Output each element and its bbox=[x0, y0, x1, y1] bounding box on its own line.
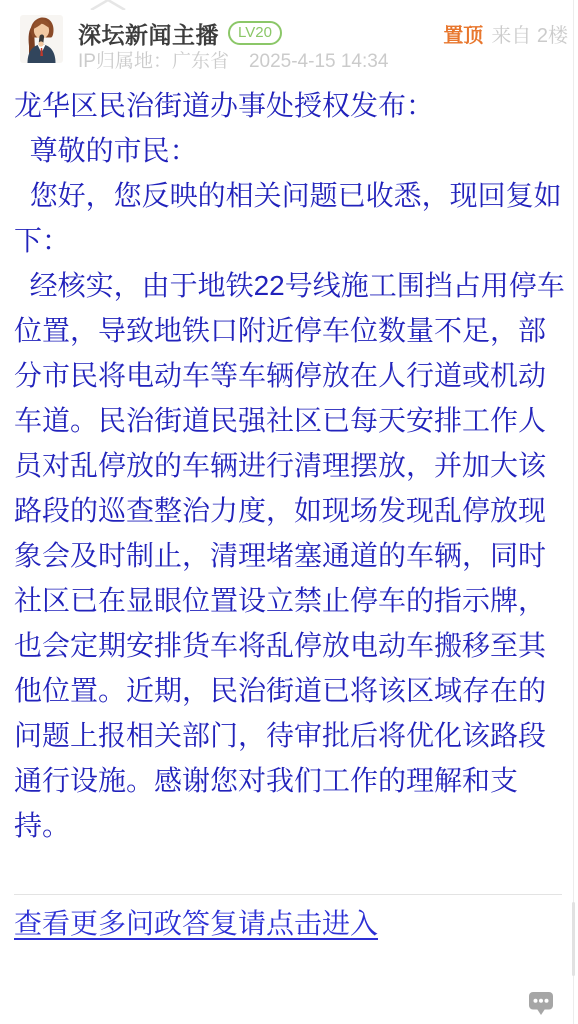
level-badge: LV20 bbox=[228, 21, 282, 45]
avatar[interactable] bbox=[20, 15, 63, 63]
scrollbar-thumb[interactable] bbox=[572, 902, 575, 976]
ip-location: IP归属地：广东省 bbox=[78, 51, 229, 72]
timestamp: 2025-4-15 14:34 bbox=[249, 51, 388, 72]
post-card: 深坛新闻主播 LV20 置顶来自 2楼 IP归属地：广东省2025-4-15 1… bbox=[0, 0, 578, 1024]
divider bbox=[14, 894, 562, 895]
caret-up-icon bbox=[88, 0, 128, 15]
post-meta: IP归属地：广东省2025-4-15 14:34 bbox=[78, 46, 388, 73]
post-body: 龙华区民治街道办事处授权发布： 尊敬的市民： 您好，您反映的相关问题已收悉，现回… bbox=[14, 83, 566, 848]
pinned-badge: 置顶 bbox=[443, 25, 483, 47]
comment-bubble-icon[interactable] bbox=[529, 992, 553, 1018]
right-edge-line bbox=[573, 0, 574, 1024]
more-replies-link[interactable]: 查看更多问政答复请点击进入 bbox=[14, 903, 378, 945]
floor-label: 来自 2楼 bbox=[491, 25, 568, 47]
